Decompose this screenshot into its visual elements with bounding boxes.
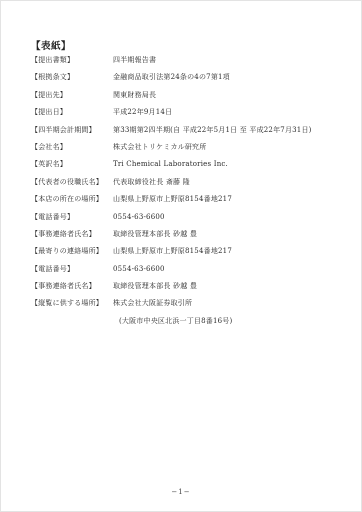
field-value: 0554-63-6600 bbox=[113, 265, 351, 274]
field-value: 四半期報告書 bbox=[113, 56, 351, 65]
field-value: 第33期第2四半期(自 平成22年5月1日 至 平成22年7月31日) bbox=[113, 126, 351, 135]
field-label: 【最寄りの連絡場所】 bbox=[31, 247, 113, 256]
field-label: 【四半期会計期間】 bbox=[31, 126, 113, 135]
field-label: 【代表者の役職氏名】 bbox=[31, 178, 113, 187]
field-row: (大阪市中央区北浜一丁目8番16号) bbox=[31, 317, 351, 334]
field-row: 【電話番号】0554-63-6600 bbox=[31, 265, 351, 282]
field-row: 【電話番号】0554-63-6600 bbox=[31, 213, 351, 230]
field-label: 【提出先】 bbox=[31, 91, 113, 100]
cover-section-title: 【表紙】 bbox=[31, 38, 71, 52]
field-label: 【根拠条文】 bbox=[31, 73, 113, 82]
field-value: 株式会社大阪証券取引所 bbox=[113, 299, 351, 308]
field-row: 【提出先】関東財務局長 bbox=[31, 91, 351, 108]
field-value: 関東財務局長 bbox=[113, 91, 351, 100]
field-label: 【提出書類】 bbox=[31, 56, 113, 65]
field-value: Tri Chemical Laboratories Inc. bbox=[113, 160, 351, 169]
field-label: 【事務連絡者氏名】 bbox=[31, 230, 113, 239]
field-value: 山梨県上野原市上野原8154番地217 bbox=[113, 247, 351, 256]
field-row: 【提出書類】四半期報告書 bbox=[31, 56, 351, 73]
field-value: 代表取締役社長 斎藤 隆 bbox=[113, 178, 351, 187]
field-row: 【根拠条文】金融商品取引法第24条の4の7第1項 bbox=[31, 73, 351, 90]
page-number: −1− bbox=[1, 488, 361, 496]
field-row: 【会社名】株式会社トリケミカル研究所 bbox=[31, 143, 351, 160]
field-value: (大阪市中央区北浜一丁目8番16号) bbox=[113, 317, 351, 326]
field-value: 株式会社トリケミカル研究所 bbox=[113, 143, 351, 152]
field-row: 【英訳名】Tri Chemical Laboratories Inc. bbox=[31, 160, 351, 177]
field-label: 【縦覧に供する場所】 bbox=[31, 299, 113, 308]
field-label: 【本店の所在の場所】 bbox=[31, 195, 113, 204]
field-row: 【事務連絡者氏名】取締役管理本部長 砂越 豊 bbox=[31, 282, 351, 299]
field-value: 取締役管理本部長 砂越 豊 bbox=[113, 282, 351, 291]
field-label: 【英訳名】 bbox=[31, 160, 113, 169]
field-row: 【提出日】平成22年9月14日 bbox=[31, 108, 351, 125]
field-label: 【提出日】 bbox=[31, 108, 113, 117]
field-label: 【電話番号】 bbox=[31, 213, 113, 222]
field-value: 平成22年9月14日 bbox=[113, 108, 351, 117]
field-value: 0554-63-6600 bbox=[113, 213, 351, 222]
field-row: 【最寄りの連絡場所】山梨県上野原市上野原8154番地217 bbox=[31, 247, 351, 264]
field-row: 【事務連絡者氏名】取締役管理本部長 砂越 豊 bbox=[31, 230, 351, 247]
field-value: 金融商品取引法第24条の4の7第1項 bbox=[113, 73, 351, 82]
field-row: 【縦覧に供する場所】株式会社大阪証券取引所 bbox=[31, 299, 351, 316]
field-row: 【代表者の役職氏名】代表取締役社長 斎藤 隆 bbox=[31, 178, 351, 195]
field-row: 【四半期会計期間】第33期第2四半期(自 平成22年5月1日 至 平成22年7月… bbox=[31, 126, 351, 143]
field-label: 【事務連絡者氏名】 bbox=[31, 282, 113, 291]
document-page: 【表紙】 【提出書類】四半期報告書【根拠条文】金融商品取引法第24条の4の7第1… bbox=[0, 0, 362, 512]
field-row: 【本店の所在の場所】山梨県上野原市上野原8154番地217 bbox=[31, 195, 351, 212]
field-value: 山梨県上野原市上野原8154番地217 bbox=[113, 195, 351, 204]
cover-fields: 【提出書類】四半期報告書【根拠条文】金融商品取引法第24条の4の7第1項【提出先… bbox=[31, 56, 351, 334]
field-label: 【電話番号】 bbox=[31, 265, 113, 274]
field-value: 取締役管理本部長 砂越 豊 bbox=[113, 230, 351, 239]
field-label: 【会社名】 bbox=[31, 143, 113, 152]
